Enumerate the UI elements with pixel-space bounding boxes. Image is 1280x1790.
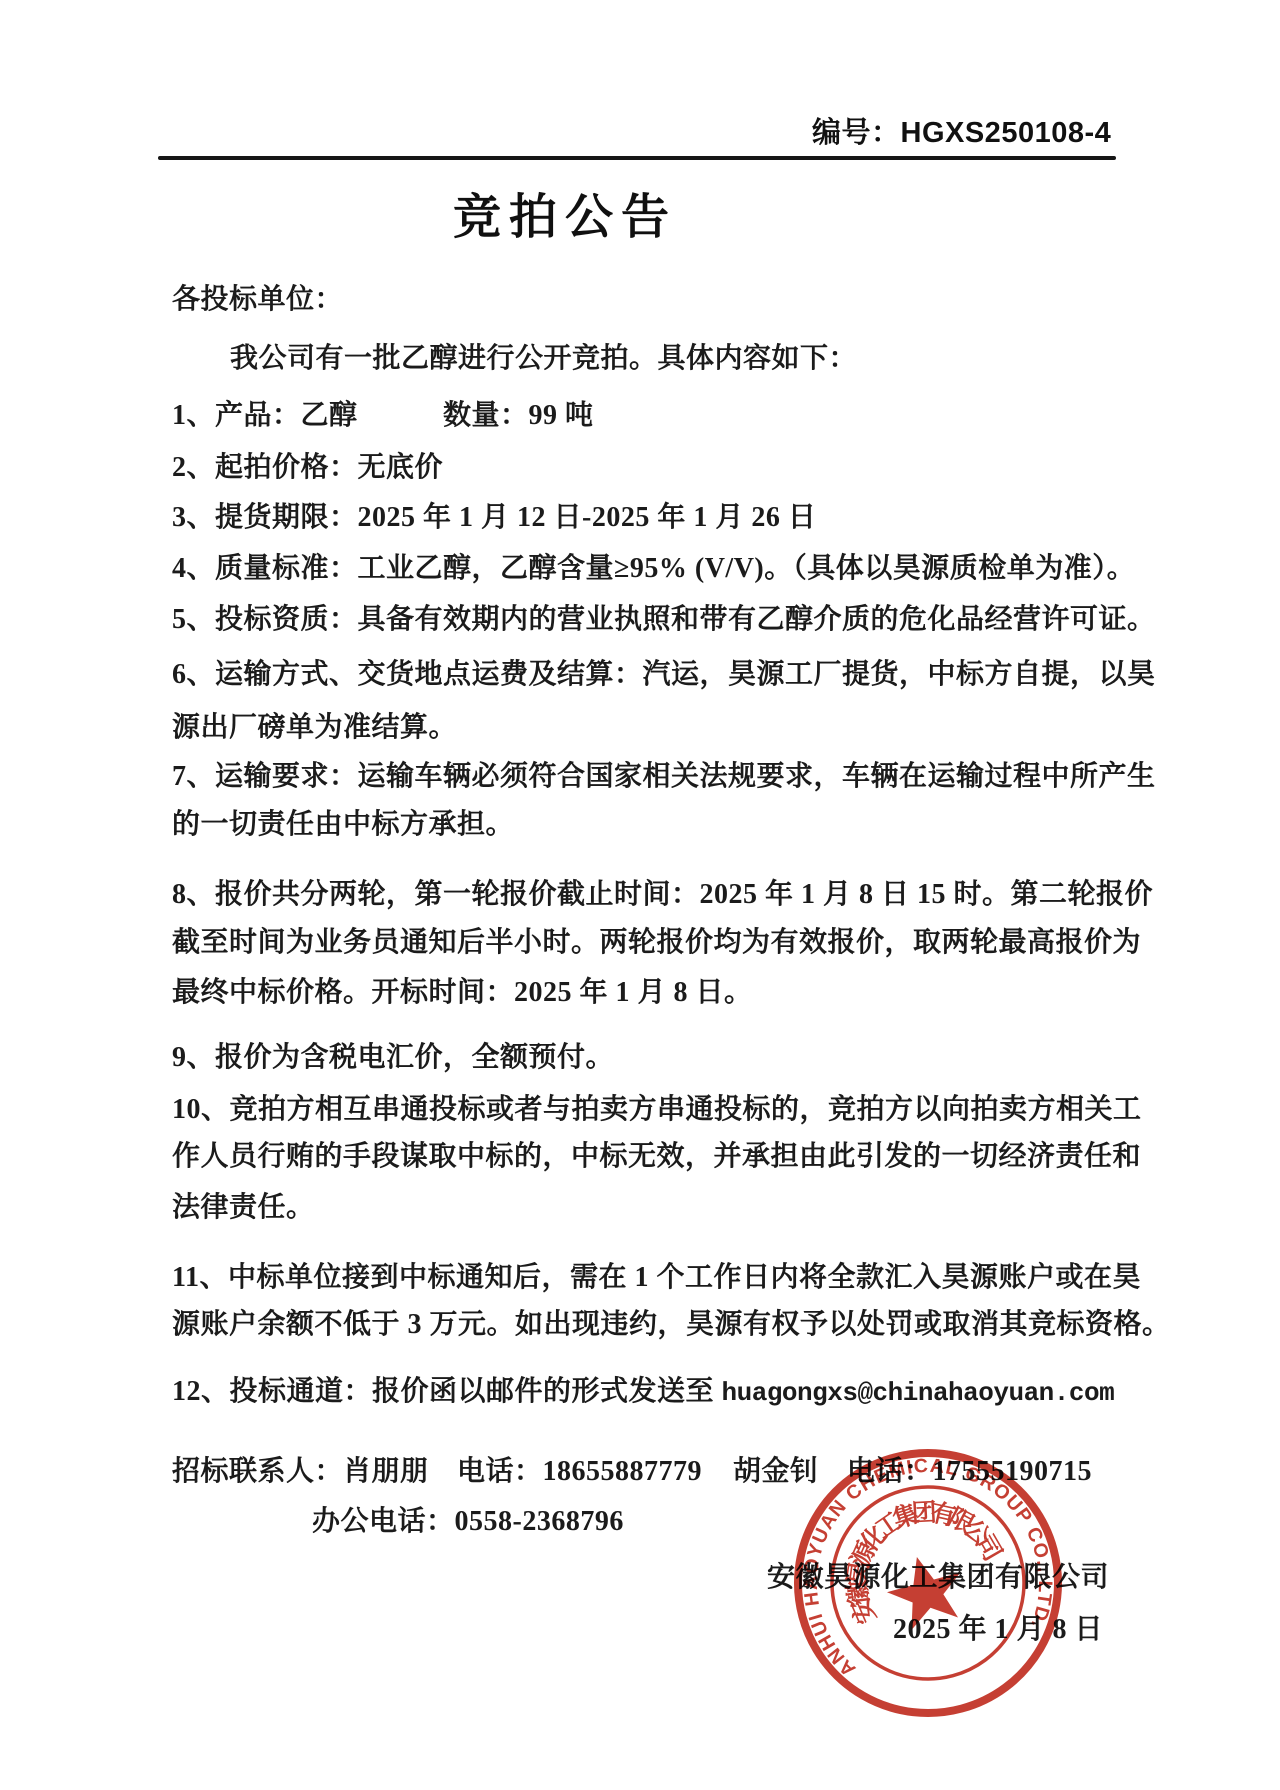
item-10-collusion-clause-line1: 10、竞拍方相互串通投标或者与拍卖方串通投标的，竞拍方以向拍卖方相关工 — [172, 1094, 1142, 1126]
item-6-transport-line2: 源出厂磅单为准结算。 — [172, 712, 457, 744]
page-title: 竞拍公告 — [363, 178, 767, 247]
item-10-collusion-clause-line2: 作人员行贿的手段谋取中标的，中标无效，并承担由此引发的一切经济责任和 — [172, 1141, 1141, 1173]
contact-person-secondary: 胡金钊 电话：17555190715 — [733, 1456, 1092, 1488]
header-divider — [158, 156, 1116, 160]
bid-channel-text: 12、投标通道：报价函以邮件的形式发送至 — [172, 1376, 722, 1407]
item-12-bid-channel: 12、投标通道：报价函以邮件的形式发送至 huagongxs@chinahaoy… — [172, 1376, 1114, 1409]
item-5-bidder-qualification: 5、投标资质：具备有效期内的营业执照和带有乙醇介质的危化品经营许可证。 — [172, 604, 1156, 636]
item-2-starting-price: 2、起拍价格：无底价 — [172, 452, 443, 484]
item-9-price-terms: 9、报价为含税电汇价，全额预付。 — [172, 1042, 614, 1074]
intro-paragraph: 我公司有一批乙醇进行公开竞拍。具体内容如下： — [230, 343, 857, 375]
item-8-bidding-rounds-line3: 最终中标价格。开标时间：2025 年 1 月 8 日。 — [172, 977, 753, 1009]
document-ref-number: 编号：HGXS250108-4 — [812, 110, 1111, 151]
auction-notice-document: 编号：HGXS250108-4 竞拍公告 各投标单位： 我公司有一批乙醇进行公开… — [0, 0, 1280, 1790]
item-8-bidding-rounds-line1: 8、报价共分两轮，第一轮报价截止时间：2025 年 1 月 8 日 15 时。第… — [172, 879, 1153, 911]
company-name: 安徽昊源化工集团有限公司 — [767, 1562, 1109, 1594]
item-3-pickup-period: 3、提货期限：2025 年 1 月 12 日-2025 年 1 月 26 日 — [172, 502, 816, 534]
item-11-payment-clause-line1: 11、中标单位接到中标通知后，需在 1 个工作日内将全款汇入昊源账户或在昊 — [172, 1262, 1141, 1294]
item-10-collusion-clause-line3: 法律责任。 — [172, 1192, 315, 1224]
issue-date: 2025 年 1 月 8 日 — [893, 1614, 1103, 1646]
item-6-transport-line1: 6、运输方式、交货地点运费及结算：汽运，昊源工厂提货，中标方自提，以昊 — [172, 659, 1156, 691]
item-11-payment-clause-line2: 源账户余额不低于 3 万元。如出现违约，昊源有权予以处罚或取消其竞标资格。 — [172, 1309, 1171, 1341]
item-7-transport-requirements-line1: 7、运输要求：运输车辆必须符合国家相关法规要求，车辆在运输过程中所产生 — [172, 761, 1156, 793]
item-8-bidding-rounds-line2: 截至时间为业务员通知后半小时。两轮报价均为有效报价，取两轮最高报价为 — [172, 927, 1141, 959]
item-7-transport-requirements-line2: 的一切责任由中标方承担。 — [172, 809, 514, 841]
office-phone: 办公电话：0558-2368796 — [312, 1506, 624, 1538]
item-1-product-quantity: 1、产品：乙醇 数量：99 吨 — [172, 400, 594, 432]
salutation: 各投标单位： — [172, 284, 343, 316]
bid-email-address: huagongxs@chinahaoyuan.com — [722, 1378, 1115, 1408]
svg-text:安徽昊源化工集团有限公司: 安徽昊源化工集团有限公司 — [824, 1479, 1016, 1629]
contact-person-primary: 招标联系人：肖朋朋 电话：18655887779 — [172, 1456, 702, 1488]
seal-chinese-arc-text: 安徽昊源化工集团有限公司 — [824, 1479, 1016, 1629]
item-4-quality-standard: 4、质量标准：工业乙醇，乙醇含量≥95% (V/V)。（具体以昊源质检单为准）。 — [172, 553, 1135, 585]
